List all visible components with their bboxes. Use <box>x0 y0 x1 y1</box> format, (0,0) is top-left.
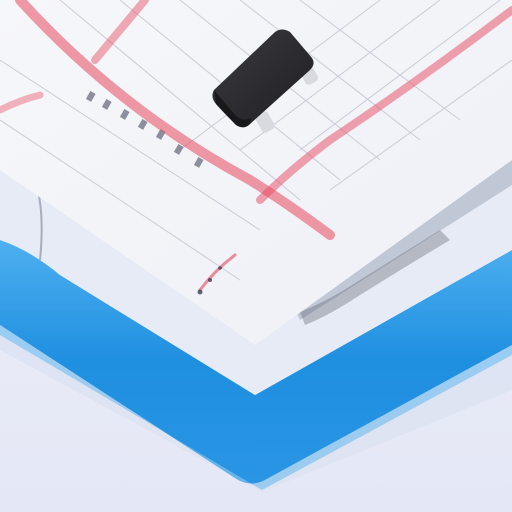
photo-scene <box>0 0 512 512</box>
scene-drawing <box>0 0 512 512</box>
